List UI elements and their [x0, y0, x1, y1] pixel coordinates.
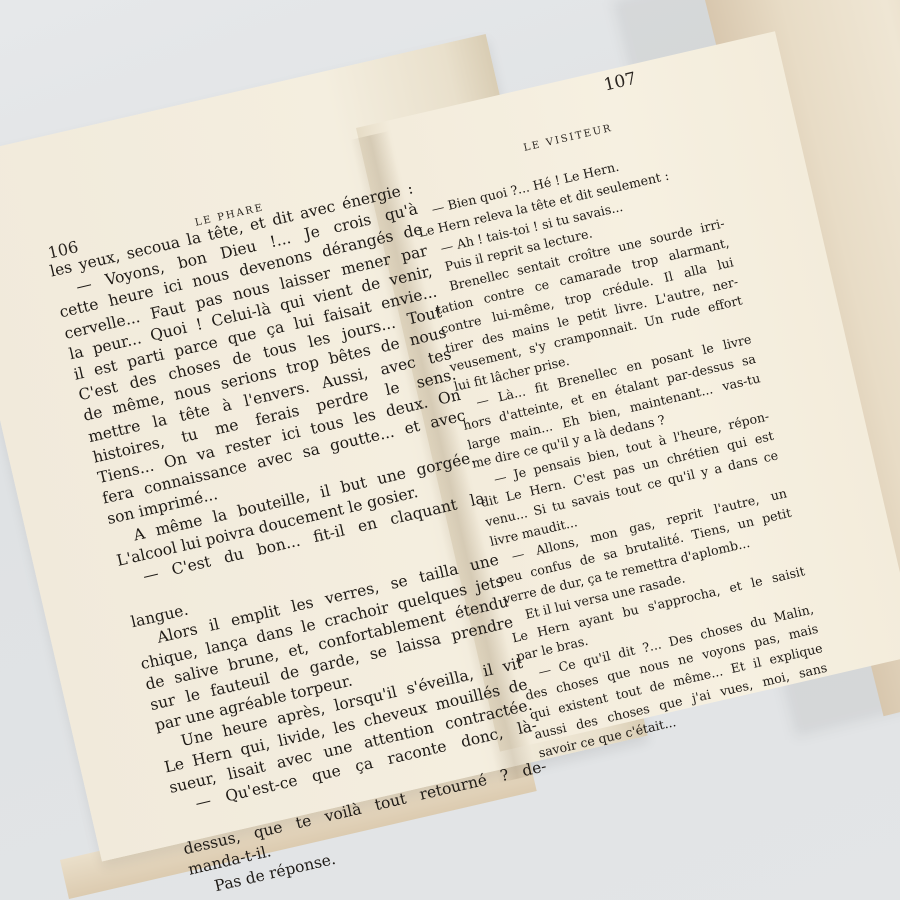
photo-scene: 106 LE PHARE les yeux, secoua la tête, e…	[0, 0, 900, 900]
